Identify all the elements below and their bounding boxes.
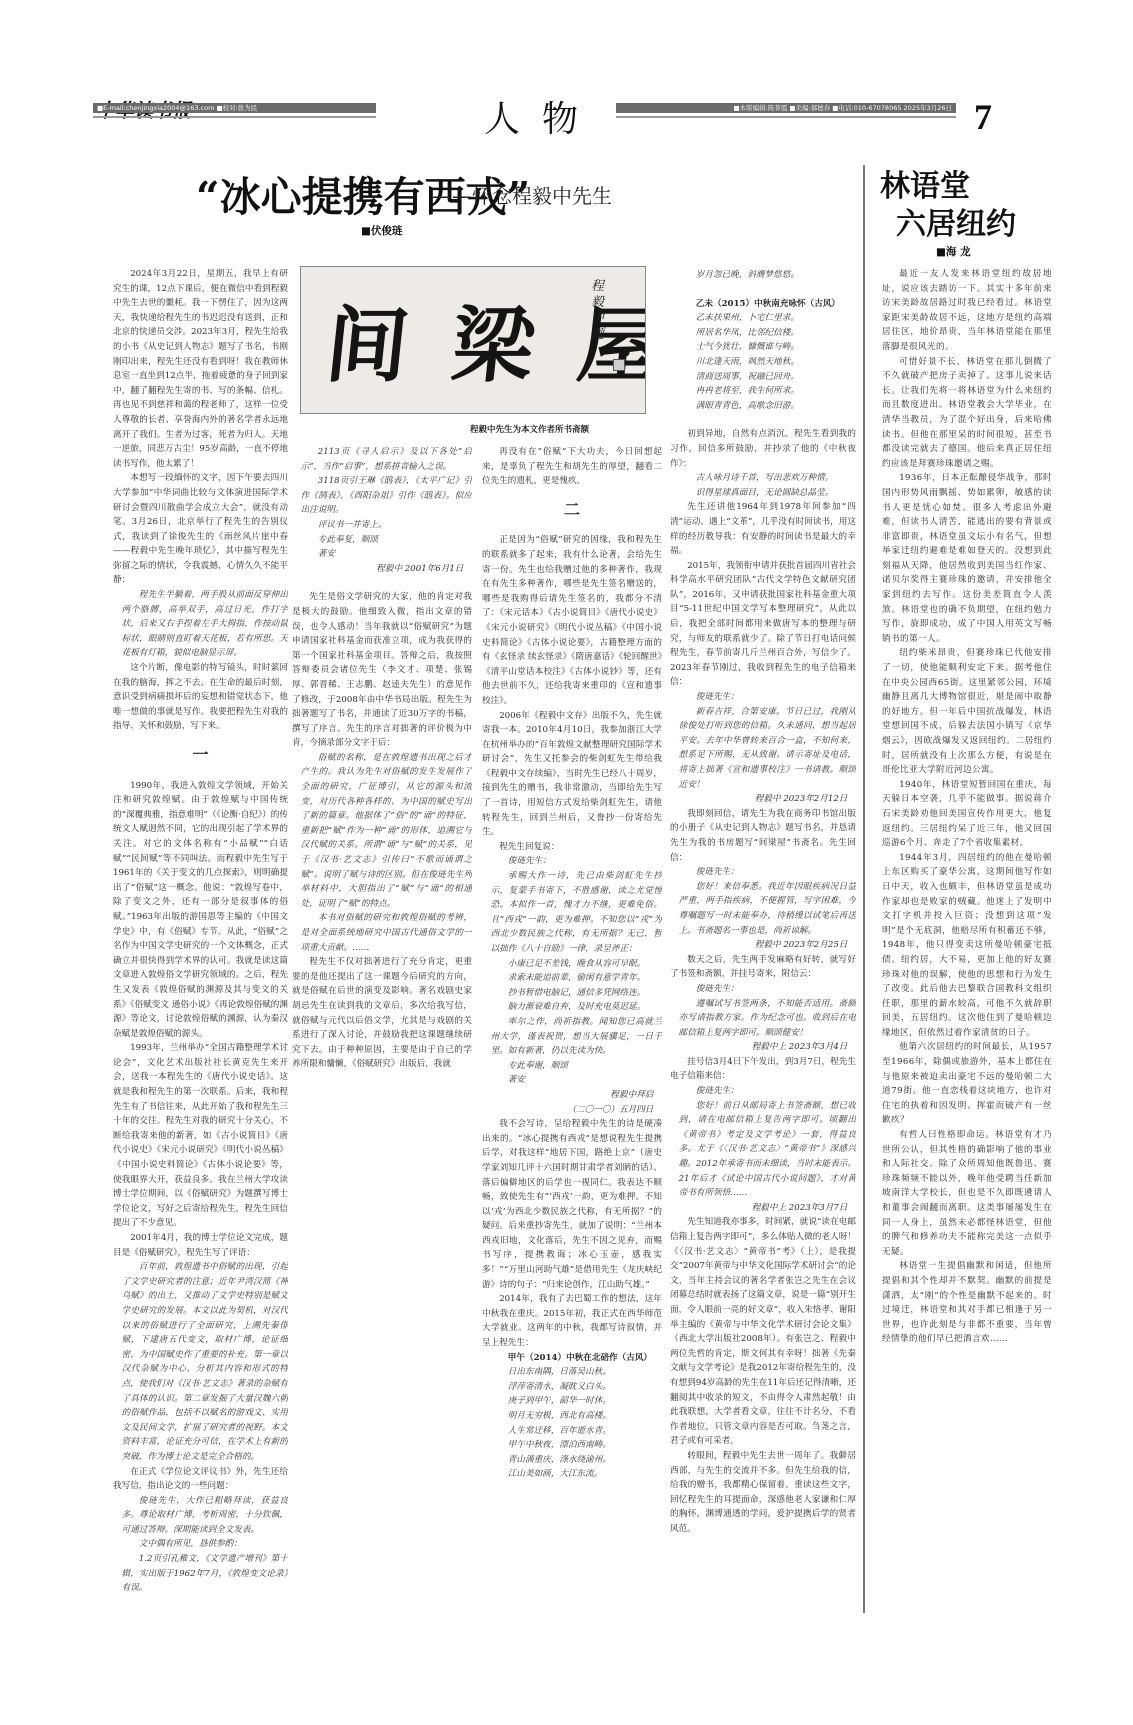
quoted-text: 著安 (482, 1073, 662, 1088)
paragraph: 先生知道我亦事多，时间紧，就说“读在电邮信箱上复告两字即可”，多么体贴人微的老人… (670, 1215, 856, 1449)
spacer (670, 283, 856, 297)
paragraph: 2015年，我领衔申请并获批首届四川省社会科学高水平研究团队“古代文学特色文献研… (670, 559, 856, 690)
quoted-text: 俊琏先生： (670, 1084, 856, 1099)
quoted-text: 俊琏先生： (670, 690, 856, 705)
spacer (292, 576, 472, 590)
quoted-text: 俊琏先生： (670, 982, 856, 997)
quoted-text: 3118页引王琳《鸱表》，《太平广记》引作《鹄表》，《酉阳杂俎》引作《鸱表》。似… (292, 474, 472, 518)
section-marker: 二 (482, 503, 662, 518)
quoted-text: 百年前，敦煌遗书中俗赋的出现，引起了文学史研究者的注意；近年尹湾汉简《神乌赋》的… (113, 1260, 288, 1464)
quoted-text: 评议书一并寄上。 (292, 518, 472, 533)
contact-bar-left: ■E-mail:chenjingxia2004@163.com ■校对:张为民 (93, 103, 376, 113)
quoted-text: 青山满重庆，涤水绕渝州。 (482, 1453, 662, 1468)
paragraph: 他第六次居纽约的时间最长，从1957至1966年，除偶或旅游外，基本上都住在与他… (882, 1040, 1052, 1128)
sidebar-byline: ■海 龙 (936, 244, 971, 259)
quoted-text: 冉冉老将至，我生何所求。 (670, 384, 856, 399)
paragraph: 程先生不仅对拙著进行了充分肯定，更重要的是他还提出了这一课题今后研究的方向，就是… (292, 955, 472, 1072)
quoted-text: 求索未能追前辈，偷闲有意学青年。 (482, 971, 662, 986)
paragraph: 纽约柴米昂贵，但赛珍珠已代他安排了一切，使他能顺利安定下来。据考他住在中央公园西… (882, 646, 1052, 777)
paragraph: 1940年，林语堂短暂回国在重庆，每天躲日本空袭，几乎不能做事。据说蒋介石宋美龄… (882, 778, 1052, 851)
sidebar-title-line-1: 林语堂 (880, 169, 970, 204)
quoted-text: 小康已足不差钱，晚食从容可早眠。 (482, 957, 662, 972)
quoted-text: 俊琏先生： (482, 854, 662, 869)
paragraph: 1993年，兰州举办“全国古籍整理学术讨论会”，文化艺术出版社社长黄克先生来开会… (113, 1041, 288, 1231)
quoted-text: 程先生半躺着，两手股从前面反穿伸出两个胳膊，高举双手，高过日光，作打字状，后来又… (113, 588, 288, 661)
quoted-text: 俊琏先生： (670, 865, 856, 880)
paragraph: 最近一友人发来林语堂纽约故居地址，说应该去踏访一下。其实十多年前来访宋美龄故居路… (882, 267, 1052, 355)
paragraph: 这个片断，像电影的特写镜头，时时萦回在我的脑海，挥之不去。在生命的最后时刻，意识… (113, 661, 288, 734)
quoted-text: 率尔之作，尚祈指教。闻知您已高就兰州大学，谨表祝贺，想当大展骥足，一日千里。如有… (482, 1015, 662, 1059)
letter-signature: （二〇一〇）五月四日 (482, 1103, 662, 1118)
quoted-text: 脑力渐衰难自弃，及时充电莫迟延。 (482, 1000, 662, 1015)
quoted-text: 识得星球真面目，无论圆缺总晶莹。 (670, 486, 856, 501)
quoted-text: 您好！来信奉悉。我近年因眼疾病况日益严重，两手指疾病，不便握管，写字困难，今尊嘱… (670, 880, 856, 938)
sidebar-title-line-2: 六居纽约 (880, 206, 1016, 244)
letter-signature: 程毅中 2023年2月25日 (670, 938, 856, 953)
divider (93, 116, 376, 118)
quoted-text: 您好！前日从邮局寄上书签斋额，想已收到，请在电邮信箱上复告两字即可。顷翻出《黄帝… (670, 1099, 856, 1201)
paragraph: 挂号信3月4日下午发出，到3月7日，程先生电子信箱来信： (670, 1055, 856, 1084)
quoted-text: 人生常迁移，百年逝水青。 (482, 1424, 662, 1439)
quoted-text: 1.2页引孔稚文，《文学遗产增刊》第十辑，实出版于1962年7月，《敦煌变文论录… (113, 1552, 288, 1596)
paragraph: 我不会写诗，呈给程毅中先生的诗是硬凑出来的。“冰心提携有西戎”是想说程先生提携后… (482, 1117, 662, 1292)
paragraph: 先生是俗文学研究的大家，他的肯定对我是极大的鼓励。他细致入微，指出文章的错误，也… (292, 590, 472, 751)
paragraph: 2014年，我有了去巴蜀工作的想法，这年中秋我在重庆。2015年初，我正式在西华… (482, 1292, 662, 1350)
quoted-text: 抄书暂借电脑记，通信多凭网络连。 (482, 986, 662, 1001)
sidebar-divider (863, 165, 865, 1613)
quoted-text: 俊琏先生，大作已粗略拜读，获益良多。尊论取材广博，考析周密，十分钦佩，可通过答辩… (113, 1494, 288, 1538)
paragraph: 1936年，日本正酝酿侵华战争，那时国内形势风雨飘摇、势如累卵，敏感的读书人更是… (882, 471, 1052, 646)
calligraphy-signature: 程毅中题 (591, 279, 605, 343)
sidebar-article-title: 林语堂 六居纽约 (880, 168, 1016, 244)
quoted-text: 专此奉谢，顺颂 (482, 1059, 662, 1074)
quoted-text: 满眼青青色，高歌念旧游。 (670, 399, 856, 414)
quoted-text: 俗赋的名称，是在敦煌遗书出现之后才产生的。我认为先生对俗赋的发生发展作了全面的研… (292, 751, 472, 912)
paragraph: 1944年3月，四居纽约的他在曼哈顿上东区购买了豪华公寓，这期间他写作如日中天，… (882, 851, 1052, 1041)
paragraph: 正是因为“俗赋”研究的因缘，我和程先生的联系就多了起来，我有什么论著，会给先生寄… (482, 533, 662, 708)
sidebar-article-body: 最近一友人发来林语堂纽约故居地址，说应该去踏访一下。其实十多年前来访宋美龄故居路… (882, 267, 1052, 1612)
quoted-text: 著安 (292, 547, 472, 562)
quoted-text: 遵嘱试写书签两条，不知能否适用。斋额亦写请指教方家。作为纪念可也。收到后在电邮信… (670, 997, 856, 1041)
quoted-text: 庚子到甲午，韶华一时休。 (482, 1394, 662, 1409)
quoted-text: 川北逢天雨，飒然天地秋。 (670, 355, 856, 370)
letter-signature: 程毅中 2023年2月12日 (670, 792, 856, 807)
quoted-text: 文中偶有所见，恳供参酌： (113, 1537, 288, 1552)
paragraph: 数天之后，先生两手发麻略有好转，就写好了书签和斋额，并挂号寄来，附信云： (670, 953, 856, 982)
paragraph: 本想写一段缅怀的文字，因下午要去四川大学参加“中华词曲比较与文体演进国际学术研讨… (113, 471, 288, 588)
paragraph: 1990年，我进入敦煌文学领域，开始关注和研究敦煌赋。由于敦煌赋与中国传统的“深… (113, 779, 288, 1042)
quoted-text: 江山美如画，大江东流。 (482, 1467, 662, 1482)
paragraph: 可惜好景不长，林语堂在那儿倒腾了不久就破产把房子卖掉了。这事儿说来话长。让我们先… (882, 355, 1052, 472)
quoted-text: 专此奉复，顺颂 (292, 533, 472, 548)
paragraph: 2024年3月22日，星期五，我早上有研究生的课，12点下课后，便在微信中看到程… (113, 267, 288, 471)
paragraph: 再没有在“俗赋”下大功夫，今日回想起来，是辜负了程先生和胡先生的厚望，翻看二位先… (482, 445, 662, 489)
quoted-text: 士气今犹壮，慷慨谁与畴。 (670, 340, 856, 355)
article-column-1: 2024年3月22日，星期五，我早上有研究生的课，12点下课后，便在微信中看到程… (113, 267, 288, 1607)
quoted-text: 浮萍寄清水，凝眈又白头。 (482, 1380, 662, 1395)
quoted-text: 2113页《寻人启示》及以下各处“启示”，当作“启事”，想系拼音输入之误。 (292, 445, 472, 474)
quoted-text: 日出东南隅，日落吴山秋。 (482, 1365, 662, 1380)
divider (616, 116, 956, 118)
poem-title: 甲午（2014）中秋在北碚作（古风） (482, 1351, 662, 1366)
article-column-2: 2113页《寻人启示》及以下各处“启示”，当作“启事”，想系拼音输入之误。311… (292, 445, 472, 1610)
page-number: 7 (974, 96, 992, 138)
paragraph: 有哲人曰性格即命运。林语堂有才乃世所公认，但其性格的确影响了他的事业和人际社交。… (882, 1128, 1052, 1259)
letter-signature: 程毅中上 2023年3月4日 (670, 1040, 856, 1055)
quoted-text: 新春吉祥，合第安康。节日已过，我刚从徐俊处打听到您的信箱。久未通问，想当起居平安… (670, 705, 856, 793)
quoted-text: 乙未扶果州，卜宅仁里求。 (670, 311, 856, 326)
article-subtitle: ——怀念程毅中先生 (432, 180, 612, 209)
photo-caption: 程毅中先生为本文作者所书斋额 (470, 423, 589, 435)
article-column-3: 再没有在“俗赋”下大功夫，今日回想起来，是辜负了程先生和胡先生的厚望，翻看二位先… (482, 445, 662, 1610)
paragraph: 先生还讲他1964年到1978年间参加“四清”运动、遇上“文革”，几乎没有时间读… (670, 500, 856, 558)
quoted-text: 甲午中秋夜，漂泊西南畴。 (482, 1438, 662, 1453)
paragraph: 我即刻回信，请先生为我在商务印书馆出版的小册子《从史记到人物志》题写书名，并恳请… (670, 807, 856, 865)
paragraph: 在正式《学位论文评议书》外，先生还给我写信，指出论文的一些问题： (113, 1465, 288, 1494)
paragraph: 转眼间，程毅中先生去世一周年了。我僻居西部，与先生的交流并不多。但先生给我的信，… (670, 1449, 856, 1537)
article-byline: ■伏俊琏 (361, 223, 402, 238)
calligraphy-photo: 间梁屋 程毅中题 (300, 266, 646, 414)
quoted-text: 承赐大作一诗，先已由柴剑虹先生抄示，复蒙手书寄下，不胜感谢，读之尤觉惶恐。本拟作… (482, 869, 662, 957)
contact-bar-right: ■本版编辑:陈菁霞 ■美编:郝德春 ■电话:010-67078065 2025年… (616, 103, 956, 113)
letter-signature: 程毅中 2001年6月1日 (292, 562, 472, 577)
quoted-text: 清商送周事，祝融已回舟。 (670, 370, 856, 385)
poem-title: 乙未（2015）中秋南充咏怀（古风） (670, 297, 856, 312)
quoted-text: 古人咏月诗千首，写出悲欢万种情。 (670, 471, 856, 486)
paragraph: 2001年4月，我的博士学位论文完成，题目是《俗赋研究》，程先生写了评语： (113, 1231, 288, 1260)
paragraph: 程先生回复说： (482, 840, 662, 855)
section-marker: 一 (113, 748, 288, 763)
seal-stamp-icon (613, 359, 625, 371)
paragraph: 2006年《程毅中文存》出版不久，先生就寄我一本。2010年4月10日，我参加浙… (482, 709, 662, 840)
letter-signature: 程毅中拜启 (482, 1088, 662, 1103)
quoted-text: 岁月忽已晚，斜膺梦悠悠。 (670, 268, 856, 283)
paragraph: 初到异地，自然有点消沉。程先生看到我的习作，回信多所鼓励，并抄录了他的《中秋夜作… (670, 427, 856, 471)
paragraph: 林语堂一生提倡幽默和闲适，但他所提倡和其个性却并不默契。幽默的前提是潇洒，太“刚… (882, 1259, 1052, 1347)
quoted-text: 所居名华凤，比邻纪信楼。 (670, 326, 856, 341)
quoted-text: 本书对俗赋的研究和敦煌俗赋的考辨，是对全面系统地研究中国古代通俗文学的一项重大贡… (292, 911, 472, 955)
spacer (670, 413, 856, 427)
section-title: 人物 (484, 91, 614, 142)
letter-signature: 程毅中上 2023年3月7日 (670, 1201, 856, 1216)
article-column-4: 岁月忽已晚，斜膺梦悠悠。乙未（2015）中秋南充咏怀（古风）乙未扶果州，卜宅仁里… (670, 268, 856, 1608)
quoted-text: 明月无穷极，西北有高楼。 (482, 1409, 662, 1424)
